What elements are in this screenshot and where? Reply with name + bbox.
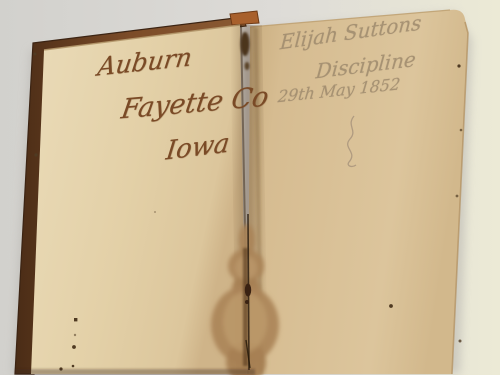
book-spine-top — [230, 11, 259, 25]
book-photo: Auburn Fayette Co Iowa Elijah Suttons Di… — [0, 0, 500, 375]
gutter-tear — [241, 32, 250, 56]
right-page — [248, 10, 468, 374]
gutter-tear-small — [245, 62, 250, 70]
book-art — [0, 0, 500, 375]
bottom-edge-shadow — [15, 369, 255, 375]
